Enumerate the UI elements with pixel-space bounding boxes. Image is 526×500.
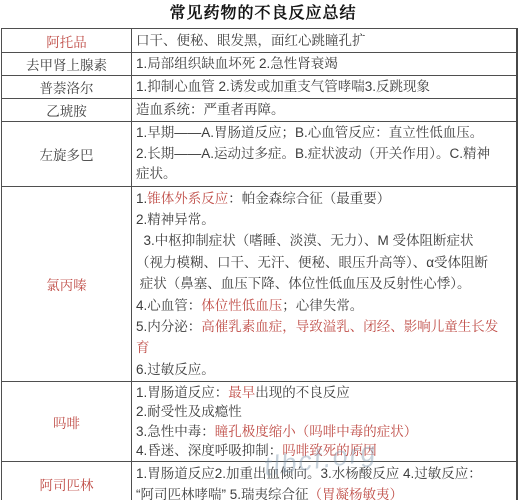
table-row: 左旋多巴1.早期——A.胃肠道反应；B.心血管反应：直立性低血压。2.长期——A… xyxy=(2,121,516,186)
drug-name: 左旋多巴 xyxy=(40,144,94,164)
reaction-line: 2.长期——A.运动过多症。B.症状波动（开关作用）。C.精神 xyxy=(136,144,513,165)
text-segment: 1. xyxy=(136,191,147,206)
reaction-line: 口干、便秘、眼发黑，面红心跳瞳孔扩 xyxy=(136,31,513,51)
reaction-cell: 造血系统：严重者再障。 xyxy=(132,99,516,121)
text-segment: 5.内分泌： xyxy=(136,319,201,334)
table-row: 吗啡1.胃肠道反应：最早出现的不良反应2.耐受性及成瘾性3.急性中毒：瞳孔极度缩… xyxy=(2,381,516,461)
highlighted-text-segment: 最早 xyxy=(228,385,255,400)
reaction-line: （视力模糊、口干、无汗、便秘、眼压升高等）、α受体阻断 xyxy=(136,252,513,273)
table-row: 乙琥胺造血系统：严重者再障。 xyxy=(2,98,516,121)
text-segment: 1.早期——A.胃肠道反应；B.心血管反应：直立性低血压。 xyxy=(136,125,483,140)
table-row: 阿托品口干、便秘、眼发黑，面红心跳瞳孔扩 xyxy=(2,29,516,52)
reaction-line: 症状。 xyxy=(136,164,513,185)
text-segment: 2.长期——A.运动过多症。B.症状波动（开关作用）。C.精神 xyxy=(136,146,490,161)
reaction-line: 1.早期——A.胃肠道反应；B.心血管反应：直立性低血压。 xyxy=(136,123,513,144)
drug-name: 氯丙嗪 xyxy=(46,274,87,294)
drug-name: 去甲肾上腺素 xyxy=(26,54,107,74)
text-segment: 2.精神异常。 xyxy=(136,212,215,227)
text-segment: 1.胃肠道反应2.加重出血倾向。3.水杨酸反应 4.过敏反应： xyxy=(136,466,482,481)
text-segment: “阿司匹林哮喘” 5.瑞夷综合征 xyxy=(136,487,309,500)
highlighted-text-segment: （胃凝杨敏夷） xyxy=(309,487,404,500)
page-title: 常见药物的不良反应总结 xyxy=(0,2,526,26)
table-row: 去甲肾上腺素1.局部组织缺血坏死 2.急性肾衰竭 xyxy=(2,52,516,75)
highlighted-text-segment: 锥体外系反应 xyxy=(147,191,228,206)
drug-name: 吗啡 xyxy=(53,412,80,432)
table-row: 阿司匹林1.胃肠道反应2.加重出血倾向。3.水杨酸反应 4.过敏反应：“阿司匹林… xyxy=(2,461,516,500)
highlighted-text-segment: 吗啡致死的原因 xyxy=(282,443,377,458)
reaction-cell: 1.抑制心血管 2.诱发或加重支气管哮喘3.反跳现象 xyxy=(132,76,516,98)
table-row: 普萘洛尔1.抑制心血管 2.诱发或加重支气管哮喘3.反跳现象 xyxy=(2,75,516,98)
text-segment: 造血系统：严重者再障。 xyxy=(136,102,285,117)
text-segment: 1.胃肠道反应： xyxy=(136,385,228,400)
reaction-cell: 1.锥体外系反应：帕金森综合征（最重要）2.精神异常。 3.中枢抑制症状（嗜睡、… xyxy=(132,187,516,382)
reaction-cell: 1.早期——A.胃肠道反应；B.心血管反应：直立性低血压。2.长期——A.运动过… xyxy=(132,122,516,186)
drug-name-cell: 阿托品 xyxy=(2,29,132,52)
reaction-line: 症状（鼻塞、血压下降、体位性低血压及反射性心悸）。 xyxy=(136,273,513,294)
reaction-line: 1.胃肠道反应2.加重出血倾向。3.水杨酸反应 4.过敏反应： xyxy=(136,463,513,484)
adverse-reactions-table: 阿托品口干、便秘、眼发黑，面红心跳瞳孔扩去甲肾上腺素1.局部组织缺血坏死 2.急… xyxy=(1,28,518,500)
drug-name-cell: 氯丙嗪 xyxy=(2,187,132,382)
reaction-line: 3.中枢抑制症状（嗜睡、淡漠、无力）、M 受体阻断症状 xyxy=(136,230,513,251)
drug-name: 阿托品 xyxy=(46,31,87,51)
text-segment: 1.局部组织缺血坏死 2.急性肾衰竭 xyxy=(136,56,338,71)
reaction-cell: 口干、便秘、眼发黑，面红心跳瞳孔扩 xyxy=(132,29,516,52)
reaction-line: 1.抑制心血管 2.诱发或加重支气管哮喘3.反跳现象 xyxy=(136,77,513,97)
reaction-line: 造血系统：严重者再障。 xyxy=(136,100,513,120)
reaction-line: 6.过敏反应。 xyxy=(136,359,513,380)
reaction-line: 4.昏迷、深度呼吸抑制：吗啡致死的原因 xyxy=(136,441,513,460)
drug-name: 阿司匹林 xyxy=(40,474,94,494)
drug-name-cell: 乙琥胺 xyxy=(2,99,132,121)
text-segment: 4.昏迷、深度呼吸抑制： xyxy=(136,443,282,458)
text-segment: ：帕金森综合征（最重要） xyxy=(228,191,390,206)
reaction-line: 5.内分泌：高催乳素血症，导致溢乳、闭经、影响儿童生长发 xyxy=(136,316,513,337)
reaction-line: 1.局部组织缺血坏死 2.急性肾衰竭 xyxy=(136,54,513,74)
drug-name-cell: 左旋多巴 xyxy=(2,122,132,186)
text-segment: 6.过敏反应。 xyxy=(136,362,215,377)
reaction-line: 4.心血管：体位性低血压；心律失常。 xyxy=(136,295,513,316)
text-segment: 出现的不良反应 xyxy=(255,385,350,400)
drug-name-cell: 去甲肾上腺素 xyxy=(2,53,132,75)
reaction-line: 2.耐受性及成瘾性 xyxy=(136,402,513,421)
reaction-cell: 1.胃肠道反应：最早出现的不良反应2.耐受性及成瘾性3.急性中毒：瞳孔极度缩小（… xyxy=(132,382,516,461)
reaction-line: 1.锥体外系反应：帕金森综合征（最重要） xyxy=(136,188,513,209)
text-segment: 4.心血管： xyxy=(136,298,201,313)
highlighted-text-segment: 瞳孔极度缩小（吗啡中毒的症状） xyxy=(215,424,418,439)
highlighted-text-segment: 高催乳素血症，导致溢乳、闭经、影响儿童生长发 xyxy=(201,319,498,334)
text-segment: 2.耐受性及成瘾性 xyxy=(136,404,242,419)
text-segment: 3.中枢抑制症状（嗜睡、淡漠、无力）、M 受体阻断症状 xyxy=(136,233,474,248)
drug-name: 普萘洛尔 xyxy=(40,77,94,97)
drug-name: 乙琥胺 xyxy=(46,100,87,120)
text-segment: ；心律失常。 xyxy=(282,298,363,313)
reaction-line: 育 xyxy=(136,337,513,358)
reaction-cell: 1.局部组织缺血坏死 2.急性肾衰竭 xyxy=(132,53,516,75)
text-segment: 症状。 xyxy=(136,166,177,181)
reaction-line: 2.精神异常。 xyxy=(136,209,513,230)
reaction-line: 1.胃肠道反应：最早出现的不良反应 xyxy=(136,383,513,402)
text-segment: 3.急性中毒： xyxy=(136,424,215,439)
text-segment: 症状（鼻塞、血压下降、体位性低血压及反射性心悸）。 xyxy=(136,276,471,291)
text-segment: 口干、便秘、眼发黑，面红心跳瞳孔扩 xyxy=(136,33,366,48)
drug-name-cell: 阿司匹林 xyxy=(2,462,132,500)
reaction-line: 3.急性中毒：瞳孔极度缩小（吗啡中毒的症状） xyxy=(136,422,513,441)
text-segment: 1.抑制心血管 2.诱发或加重支气管哮喘3.反跳现象 xyxy=(136,79,430,94)
reaction-line: “阿司匹林哮喘” 5.瑞夷综合征（胃凝杨敏夷） xyxy=(136,484,513,500)
highlighted-text-segment: 体位性低血压 xyxy=(201,298,282,313)
text-segment: （视力模糊、口干、无汗、便秘、眼压升高等）、α受体阻断 xyxy=(136,255,488,270)
highlighted-text-segment: 育 xyxy=(136,340,150,355)
reaction-cell: 1.胃肠道反应2.加重出血倾向。3.水杨酸反应 4.过敏反应：“阿司匹林哮喘” … xyxy=(132,462,516,500)
table-row: 氯丙嗪1.锥体外系反应：帕金森综合征（最重要）2.精神异常。 3.中枢抑制症状（… xyxy=(2,186,516,382)
drug-name-cell: 吗啡 xyxy=(2,382,132,461)
drug-name-cell: 普萘洛尔 xyxy=(2,76,132,98)
